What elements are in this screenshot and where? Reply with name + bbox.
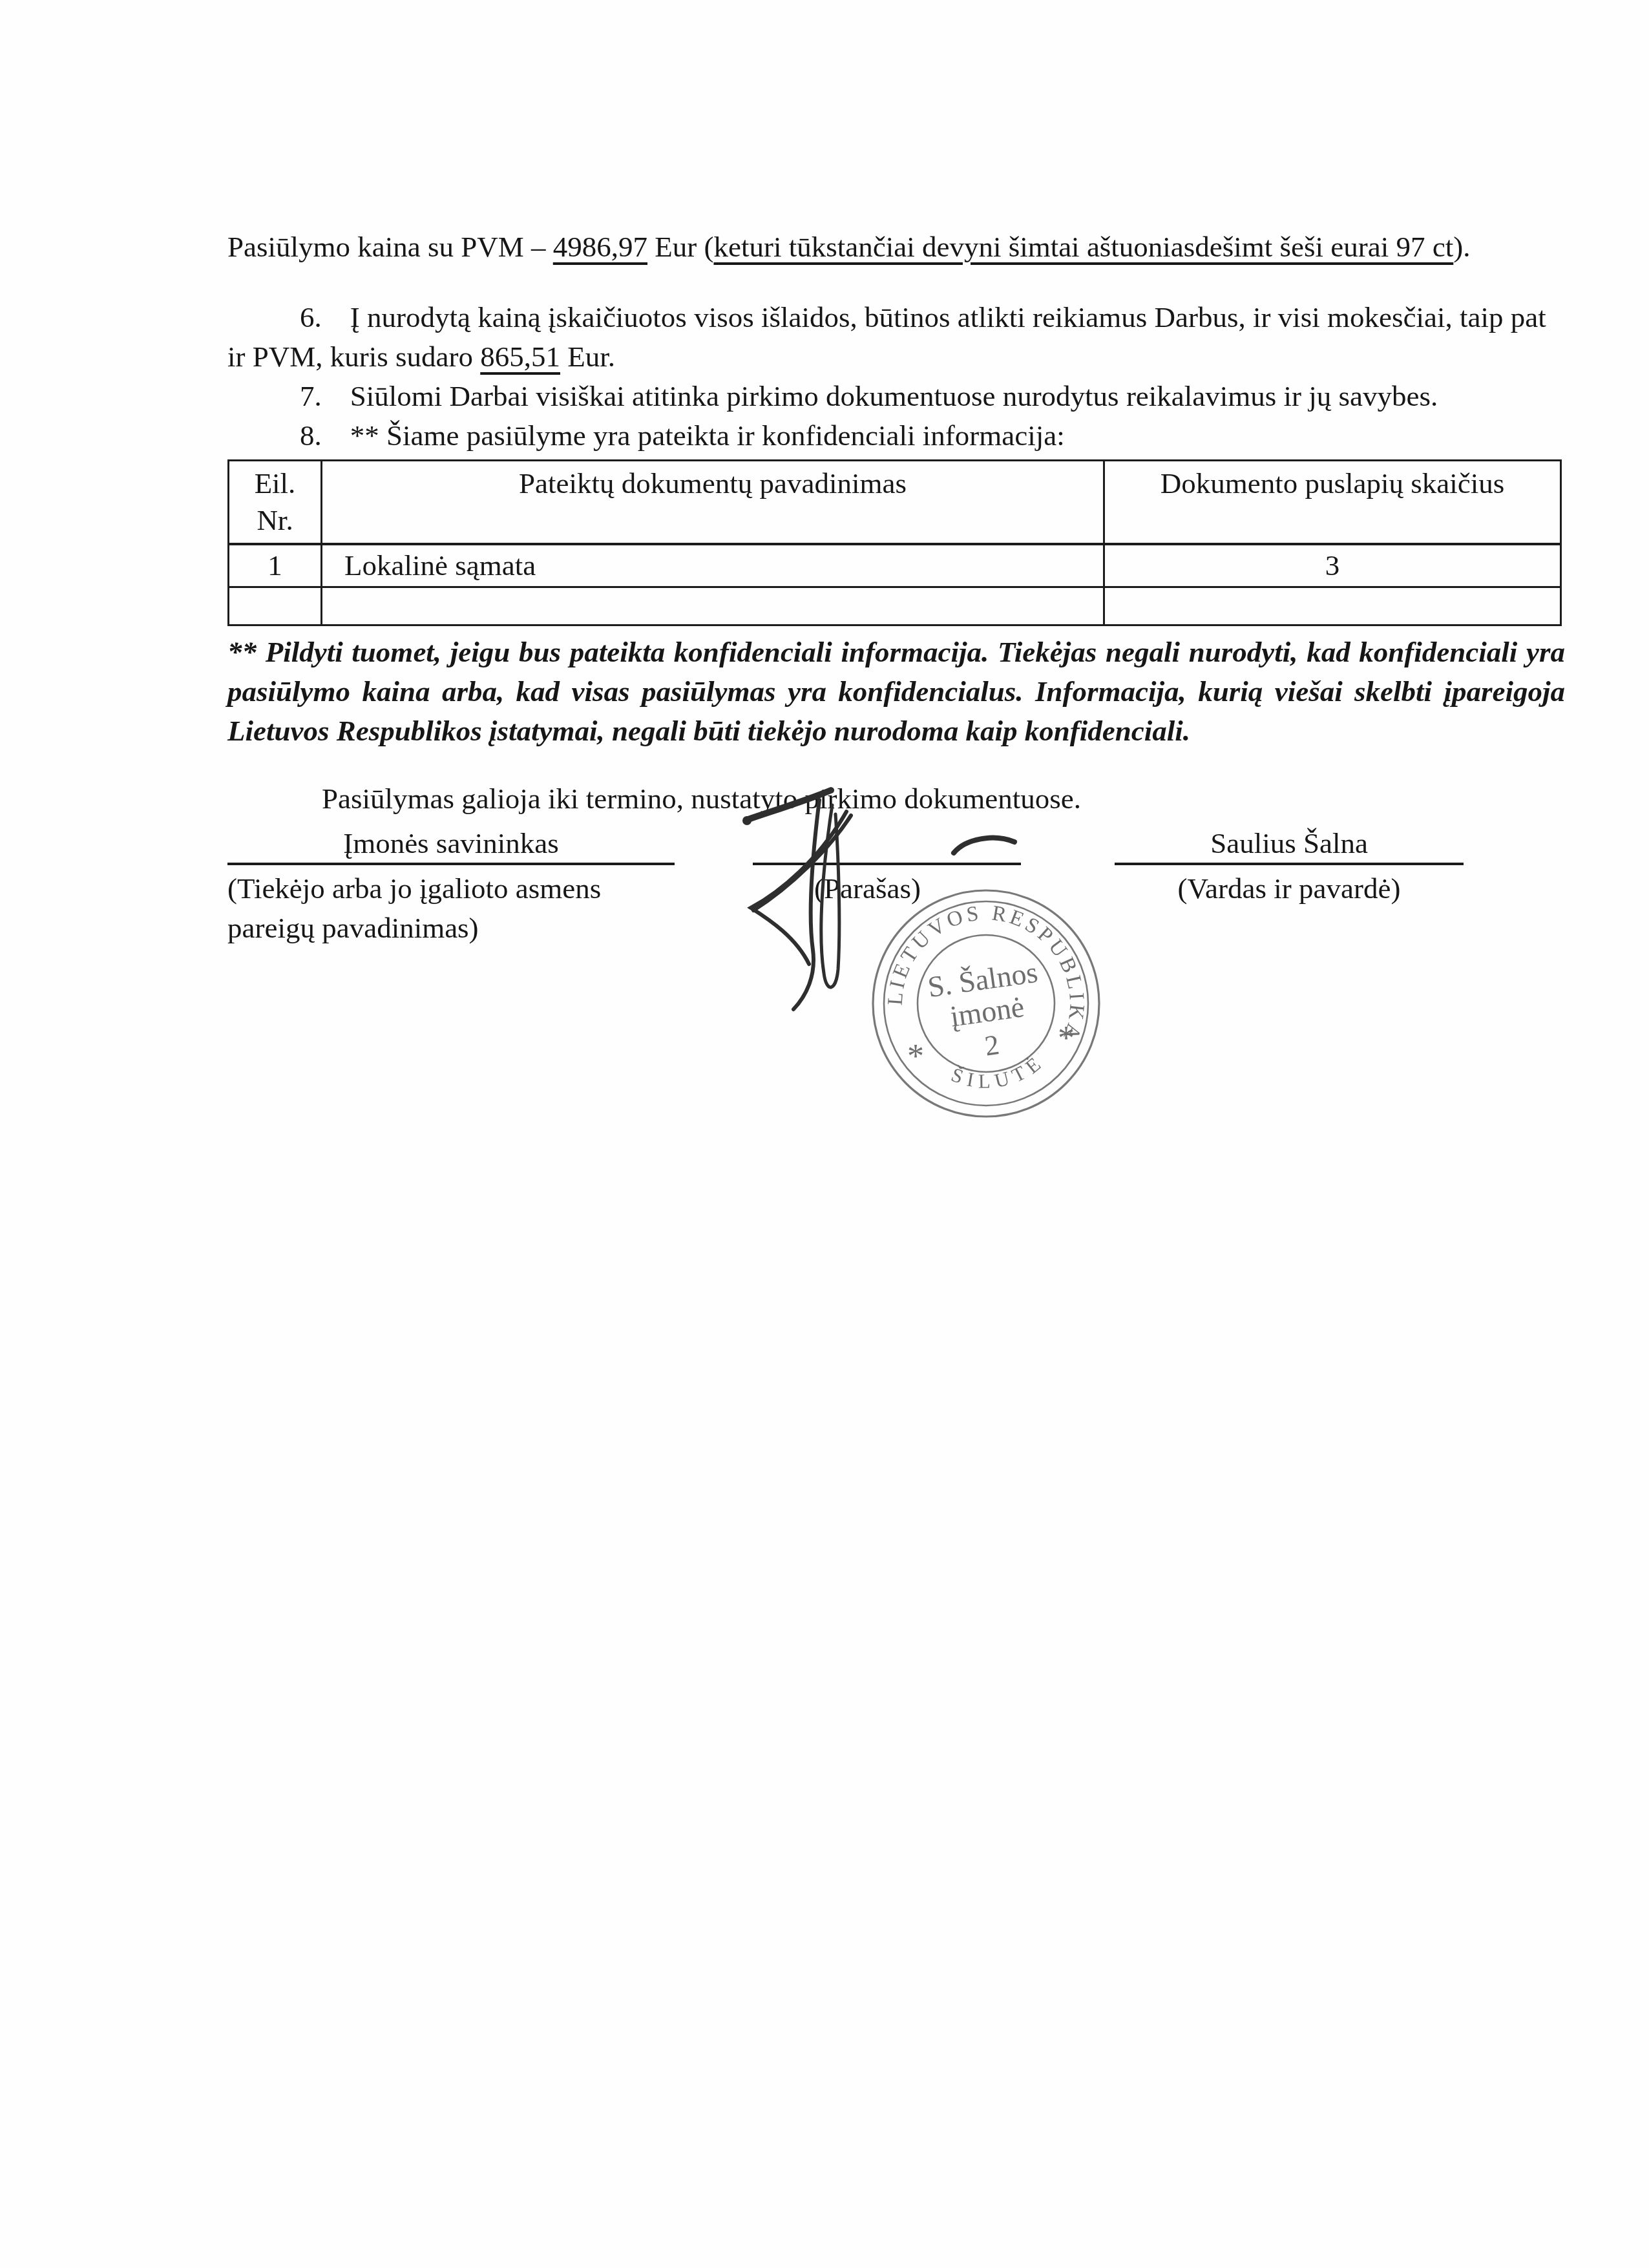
price-paragraph: Pasiūlymo kaina su PVM – 4986,97 Eur (ke… [227,227,1565,267]
price-suffix: ). [1453,231,1470,263]
item-6-text: Į nurodytą kainą įskaičiuotos visos išla… [227,301,1546,373]
asterisk-icon: * [907,1038,924,1075]
table-cell: 1 [229,544,322,587]
signature-left-column: Įmonės savininkas (Tiekėjo arba jo įgali… [227,824,675,948]
document-content: Pasiūlymo kaina su PVM – 4986,97 Eur (ke… [0,0,1649,1354]
signature-right-column: Saulius Šalna (Vardas ir pavardė) [1115,824,1464,908]
price-amount: 4986,97 [553,231,647,263]
name-caption: (Vardas ir pavardė) [1115,869,1464,908]
item-6-suffix: Eur. [560,341,615,373]
table-header-cell: Pateiktų dokumentų pavadinimas [322,461,1104,545]
position-title: Įmonės savininkas [343,827,559,859]
item-7: 7.Siūlomi Darbai visiškai atitinka pirki… [227,377,1565,416]
signature-scribble [711,781,1047,1026]
name-signature-line: Saulius Šalna [1115,824,1464,865]
item-8-text: ** Šiame pasiūlyme yra pateikta ir konfi… [350,419,1065,452]
item-6: 6.Į nurodytą kainą įskaičiuotos visos iš… [227,298,1565,377]
scanned-document-page: Pasiūlymo kaina su PVM – 4986,97 Eur (ke… [0,0,1649,2268]
item-8-number: 8. [300,419,350,452]
numbered-items: 6.Į nurodytą kainą įskaičiuotos visos iš… [227,298,1565,456]
table-header-row: Eil. Nr. Pateiktų dokumentų pavadinimas … [229,461,1561,545]
table-row [229,587,1561,625]
table-cell [229,587,322,625]
signature-block: Įmonės savininkas (Tiekėjo arba jo įgali… [227,824,1565,1354]
table-header-cell: Eil. Nr. [229,461,322,545]
table-cell [322,587,1104,625]
asterisk-icon: * [1058,1020,1075,1057]
table-cell [1104,587,1561,625]
item-7-text: Siūlomi Darbai visiškai atitinka pirkimo… [350,380,1438,412]
table-cell: 3 [1104,544,1561,587]
table-header-cell: Dokumento puslapių skaičius [1104,461,1561,545]
confidentiality-footnote: ** Pildyti tuomet, jeigu bus pateikta ko… [227,633,1565,751]
item-6-amount: 865,51 [480,341,560,373]
item-7-number: 7. [300,380,350,412]
position-signature-line: Įmonės savininkas [227,824,675,865]
item-6-number: 6. [300,301,350,333]
table-cell: Lokalinė sąmata [322,544,1104,587]
confidential-documents-table: Eil. Nr. Pateiktų dokumentų pavadinimas … [227,459,1562,626]
price-mid: Eur ( [647,231,713,263]
price-prefix: Pasiūlymo kaina su PVM – [227,231,553,263]
stamp-number: 2 [983,1029,1002,1062]
item-8: 8.** Šiame pasiūlyme yra pateikta ir kon… [227,416,1565,456]
position-caption: (Tiekėjo arba jo įgalioto asmens pareigų… [227,869,659,948]
signer-name: Saulius Šalna [1210,827,1368,859]
price-words: keturi tūkstančiai devyni šimtai aštuoni… [714,231,1454,263]
table-row: 1 Lokalinė sąmata 3 [229,544,1561,587]
